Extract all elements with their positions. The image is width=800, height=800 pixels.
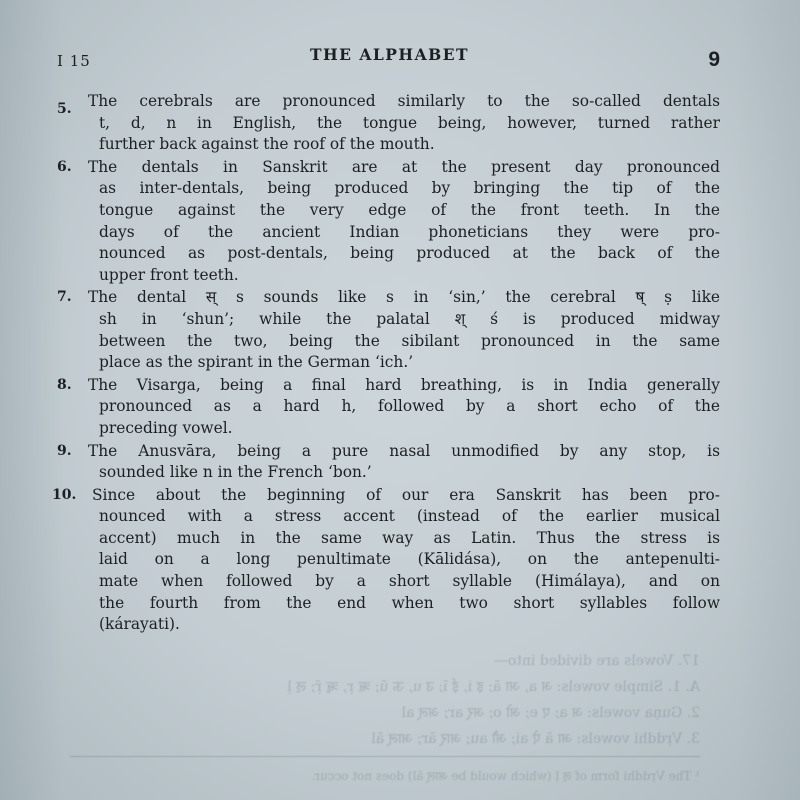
- paragraph-7: 7. The dental स् s sounds like s in ‘sin…: [57, 287, 720, 373]
- text-line: Since about the beginning of our era San…: [57, 485, 720, 507]
- page-header: I 15 THE ALPHABET 9: [57, 42, 722, 72]
- paragraph-number: 5.: [57, 99, 72, 121]
- paragraph-number: 8.: [57, 375, 72, 397]
- bleed-through-text: 17. Vowels are divided into— A. 1. Simpl…: [60, 648, 700, 789]
- text-line: mate when followed by a short syllable (…: [57, 571, 720, 593]
- bleed-line: 3. Vṛddhi vowels: आ ā ऐ ai; औ au; आर् ār…: [60, 726, 700, 752]
- text-line: The dentals in Sanskrit are at the prese…: [57, 157, 720, 179]
- text-line: place as the spirant in the German ‘ich.…: [57, 352, 720, 374]
- text-line: pronounced as a hard h, followed by a sh…: [57, 396, 720, 418]
- text-line: the fourth from the end when two short s…: [57, 593, 720, 615]
- text-line: t, d, n in English, the tongue being, ho…: [57, 113, 720, 135]
- text-line: further back against the roof of the mou…: [57, 134, 720, 156]
- text-line: sounded like n in the French ‘bon.’: [57, 462, 720, 484]
- text-line: The Visarga, being a final hard breathin…: [57, 375, 720, 397]
- paragraph-8: 8. The Visarga, being a final hard breat…: [57, 375, 720, 440]
- text-line: as inter-dentals, being produced by brin…: [57, 178, 720, 200]
- paragraph-number: 6.: [57, 157, 72, 179]
- text-line: The cerebrals are pronounced similarly t…: [57, 91, 720, 113]
- footnote-rule: [70, 756, 700, 757]
- paragraph-5: 5. The cerebrals are pronounced similarl…: [57, 91, 720, 156]
- text-line: (kárayati).: [57, 614, 720, 636]
- paragraph-6: 6. The dentals in Sanskrit are at the pr…: [57, 157, 720, 287]
- text-line: preceding vowel.: [57, 418, 720, 440]
- text-line: nounced with a stress accent (instead of…: [57, 506, 720, 528]
- bleed-line: 17. Vowels are divided into—: [60, 648, 700, 674]
- bleed-footnote: ¹ The Vṛddhi form of ऌ ḷ (which would be…: [60, 763, 700, 789]
- paragraph-number: 9.: [57, 441, 72, 463]
- text-line: The Anusvāra, being a pure nasal unmodif…: [57, 441, 720, 463]
- paragraph-number: 7.: [57, 287, 72, 309]
- paragraph-9: 9. The Anusvāra, being a pure nasal unmo…: [57, 441, 720, 484]
- paragraph-number: 10.: [52, 485, 76, 507]
- running-title: THE ALPHABET: [57, 45, 722, 64]
- text-line: laid on a long penultimate (Kālidása), o…: [57, 549, 720, 571]
- page-number: 9: [708, 48, 720, 72]
- text-line: sh in ‘shun’; while the palatal श् ś is …: [57, 309, 720, 331]
- bleed-line: A. 1. Simple vowels: अ a, आ ā; इ i, ई ī;…: [60, 674, 700, 700]
- page-body: 5. The cerebrals are pronounced similarl…: [57, 91, 720, 637]
- text-line: days of the ancient Indian phoneticians …: [57, 222, 720, 244]
- text-line: The dental स् s sounds like s in ‘sin,’ …: [57, 287, 720, 309]
- text-line: nounced as post-dentals, being produced …: [57, 243, 720, 265]
- text-line: between the two, being the sibilant pron…: [57, 331, 720, 353]
- text-line: accent) much in the same way as Latin. T…: [57, 528, 720, 550]
- paragraph-10: 10. Since about the beginning of our era…: [57, 485, 720, 636]
- text-line: tongue against the very edge of the fron…: [57, 200, 720, 222]
- text-line: upper front teeth.: [57, 265, 720, 287]
- bleed-line: 2. Guṇa vowels: अ a; ए e; ओ o; अर् ar; अ…: [60, 700, 700, 726]
